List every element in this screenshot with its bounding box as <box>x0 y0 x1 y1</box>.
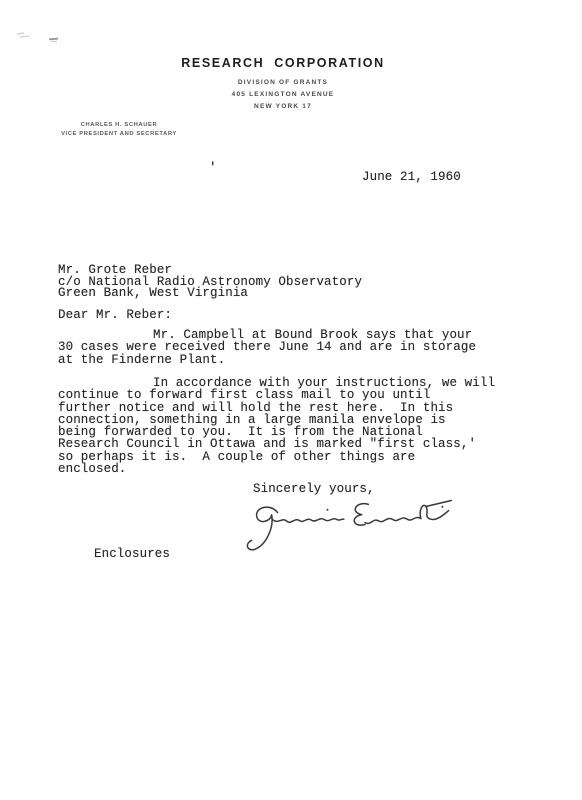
body-line: at the Finderne Plant. <box>58 354 476 366</box>
letter-page: RESEARCH CORPORATION DIVISION OF GRANTS … <box>0 0 582 800</box>
body-line: continue to forward first class mail to … <box>58 389 495 401</box>
company-address: 405 LEXINGTON AVENUE <box>181 91 384 98</box>
body-line: 30 cases were received there June 14 and… <box>58 341 476 353</box>
enclosures-label: Enclosures <box>94 548 170 560</box>
officer-name: CHARLES H. SCHAUER <box>46 121 192 130</box>
salutation: Dear Mr. Reber: <box>58 309 172 321</box>
officer-title: VICE PRESIDENT AND SECRETARY <box>46 130 192 139</box>
pencil-mark-icon <box>20 36 29 38</box>
recipient-address: Mr. Grote Reber c/o National Radio Astro… <box>58 265 362 300</box>
body-paragraph-2: In accordance with your instructions, we… <box>58 377 495 475</box>
signature-ink-icon <box>237 492 464 556</box>
signature: Jennie Ewanoski <box>237 492 464 556</box>
date-line: June 21, 1960 <box>362 171 461 183</box>
pencil-mark-icon <box>49 38 58 41</box>
company-city: NEW YORK 17 <box>181 103 384 110</box>
officer-block: CHARLES H. SCHAUER VICE PRESIDENT AND SE… <box>46 121 192 138</box>
pencil-mark-icon <box>51 41 57 42</box>
body-paragraph-1: Mr. Campbell at Bound Brook says that yo… <box>58 329 476 366</box>
stray-mark: ' <box>209 162 217 174</box>
pencil-mark-icon <box>17 32 24 34</box>
body-line: Research Council in Ottawa and is marked… <box>58 438 495 450</box>
letterhead: RESEARCH CORPORATION DIVISION OF GRANTS … <box>181 56 384 115</box>
valediction: Sincerely yours, <box>253 483 375 495</box>
recipient-city: Green Bank, West Virginia <box>58 288 362 300</box>
body-line: enclosed. <box>58 463 495 475</box>
company-division: DIVISION OF GRANTS <box>181 79 384 86</box>
company-name: RESEARCH CORPORATION <box>181 56 384 70</box>
